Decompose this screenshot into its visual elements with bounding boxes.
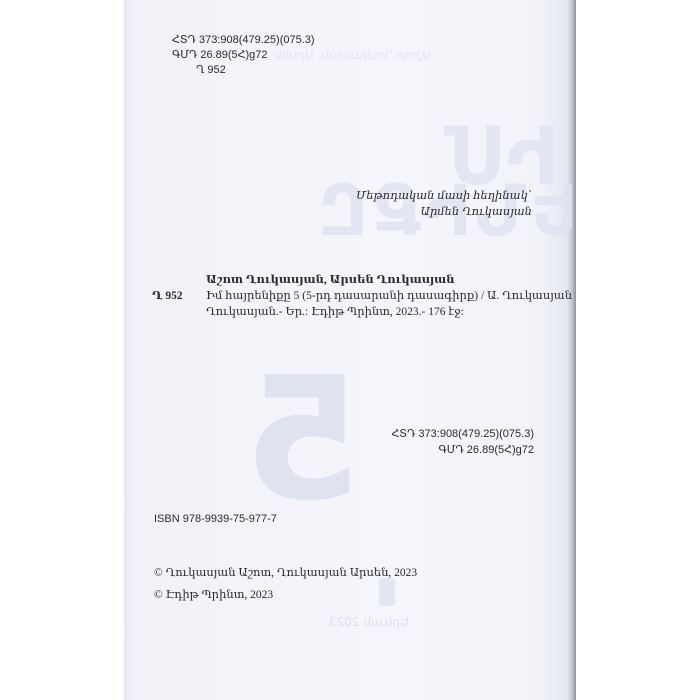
author-mark: Ղ 952 bbox=[172, 63, 315, 78]
classification-bottom: ՀՏԴ 373:908(479.25)(075.3) ԳՄԴ 26.89(5Հ)… bbox=[391, 426, 534, 458]
citation-authors: Աշոտ Ղուկասյան, Արսեն Ղուկասյան bbox=[152, 272, 576, 288]
classification-top: ՀՏԴ 373:908(479.25)(075.3) ԳՄԴ 26.89(5Հ)… bbox=[172, 33, 315, 78]
scan-background: Աշոտ Ղուկասյան, Արսեն ԻՄ ԻՄ ՀԱՅՐԵՆԻՔԸ 5 … bbox=[0, 0, 700, 700]
book-page: Աշոտ Ղուկասյան, Արսեն ԻՄ ԻՄ ՀԱՅՐԵՆԻՔԸ 5 … bbox=[124, 0, 576, 700]
copyright-authors: © Ղուկասյան Աշոտ, Ղուկասյան Արսեն, 2023 bbox=[154, 562, 417, 584]
isbn: ISBN 978-9939-75-977-7 bbox=[154, 512, 277, 527]
udc-code: ՀՏԴ 373:908(479.25)(075.3) bbox=[172, 33, 315, 48]
bbk-code: ԳՄԴ 26.89(5Հ)g72 bbox=[172, 48, 315, 63]
credit-role: Մեթոդական մասի հեղինակ՝ bbox=[356, 188, 532, 204]
citation-publication-line: Ղուկասյան.- Եր.: Էդիթ Պրինտ, 2023.- 176 … bbox=[152, 304, 576, 320]
bleed-through-digit: 5 bbox=[244, 355, 362, 525]
methodology-credit: Մեթոդական մասի հեղինակ՝ Արմեն Ղուկասյան bbox=[356, 188, 532, 220]
citation-code: Ղ 952 bbox=[152, 288, 206, 304]
copyright-block: © Ղուկասյան Աշոտ, Ղուկասյան Արսեն, 2023 … bbox=[154, 562, 417, 606]
bleed-through-bottom-text: Երևան 2023 bbox=[329, 615, 409, 629]
credit-name: Արմեն Ղուկասյան bbox=[356, 204, 532, 220]
bbk-code-bottom: ԳՄԴ 26.89(5Հ)g72 bbox=[391, 442, 534, 458]
bibliographic-citation: Աշոտ Ղուկասյան, Արսեն Ղուկասյան Ղ 952Իմ … bbox=[152, 272, 576, 320]
citation-title-line: Իմ հայրենիքը 5 (5-րդ դասարանի դասագիրք) … bbox=[206, 290, 576, 302]
copyright-publisher: © Էդիթ Պրինտ, 2023 bbox=[154, 584, 417, 606]
udc-code-bottom: ՀՏԴ 373:908(479.25)(075.3) bbox=[391, 426, 534, 442]
